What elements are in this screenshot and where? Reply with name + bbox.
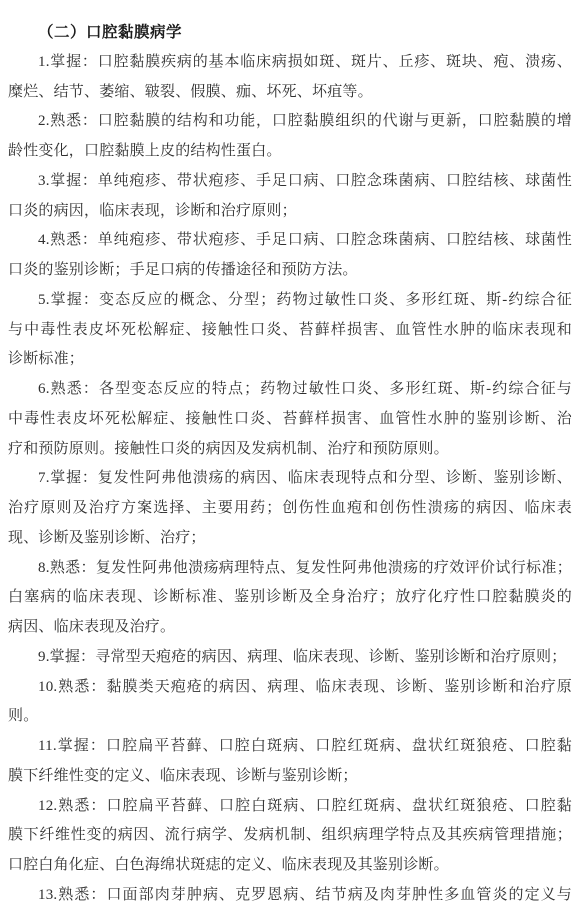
text-line: 口炎的病因，临床表现，诊断和治疗原则； bbox=[8, 197, 572, 227]
text-line: 中毒性表皮坏死松解症、接触性口炎、苔藓样损害、血管性水肿的鉴别诊断、治 bbox=[8, 405, 572, 435]
text-line: 12.熟悉：口腔扁平苔藓、口腔白斑病、口腔红斑病、盘状红斑狼疮、口腔黏 bbox=[8, 792, 572, 822]
text-line: 1.掌握：口腔黏膜疾病的基本临床病损如斑、斑片、丘疹、斑块、疱、溃疡、 bbox=[8, 48, 572, 78]
paragraph-1: 1.掌握：口腔黏膜疾病的基本临床病损如斑、斑片、丘疹、斑块、疱、溃疡、糜烂、结节… bbox=[8, 48, 572, 108]
text-line: 膜下纤维性变的病因、流行病学、发病机制、组织病理学特点及其疾病管理措施； bbox=[8, 821, 572, 851]
paragraph-4: 4.熟悉：单纯疱疹、带状疱疹、手足口病、口腔念珠菌病、口腔结核、球菌性口炎的鉴别… bbox=[8, 226, 572, 286]
paragraph-2: 2.熟悉：口腔黏膜的结构和功能，口腔黏膜组织的代谢与更新，口腔黏膜的增龄性变化，… bbox=[8, 107, 572, 167]
paragraph-3: 3.掌握：单纯疱疹、带状疱疹、手足口病、口腔念珠菌病、口腔结核、球菌性口炎的病因… bbox=[8, 167, 572, 227]
paragraph-11: 11.掌握：口腔扁平苔藓、口腔白斑病、口腔红斑病、盘状红斑狼疮、口腔黏膜下纤维性… bbox=[8, 732, 572, 792]
paragraph-13: 13.熟悉：口面部肉芽肿病、克罗恩病、结节病及肉芽肿性多血管炎的定义与 bbox=[8, 881, 572, 911]
text-line: 治疗原则及治疗方案选择、主要用药；创伤性血疱和创伤性溃疡的病因、临床表 bbox=[8, 494, 572, 524]
text-line: 诊断标准； bbox=[8, 345, 572, 375]
text-line: 与中毒性表皮坏死松解症、接触性口炎、苔藓样损害、血管性水肿的临床表现和 bbox=[8, 316, 572, 346]
text-line: 10.熟悉：黏膜类天疱疮的病因、病理、临床表现、诊断、鉴别诊断和治疗原 bbox=[8, 673, 572, 703]
section-heading: （二）口腔黏膜病学 bbox=[8, 18, 572, 48]
text-line: 11.掌握：口腔扁平苔藓、口腔白斑病、口腔红斑病、盘状红斑狼疮、口腔黏 bbox=[8, 732, 572, 762]
text-line: 9.掌握：寻常型天疱疮的病因、病理、临床表现、诊断、鉴别诊断和治疗原则； bbox=[8, 643, 572, 673]
text-line: 龄性变化，口腔黏膜上皮的结构性蛋白。 bbox=[8, 137, 572, 167]
text-line: 3.掌握：单纯疱疹、带状疱疹、手足口病、口腔念珠菌病、口腔结核、球菌性 bbox=[8, 167, 572, 197]
paragraph-6: 6.熟悉：各型变态反应的特点；药物过敏性口炎、多形红斑、斯-约综合征与中毒性表皮… bbox=[8, 375, 572, 464]
text-line: 膜下纤维性变的定义、临床表现、诊断与鉴别诊断； bbox=[8, 762, 572, 792]
text-line: 现、诊断及鉴别诊断、治疗； bbox=[8, 524, 572, 554]
text-line: 6.熟悉：各型变态反应的特点；药物过敏性口炎、多形红斑、斯-约综合征与 bbox=[8, 375, 572, 405]
text-line: 病因、临床表现及治疗。 bbox=[8, 613, 572, 643]
document-body: 1.掌握：口腔黏膜疾病的基本临床病损如斑、斑片、丘疹、斑块、疱、溃疡、糜烂、结节… bbox=[8, 48, 572, 911]
text-line: 糜烂、结节、萎缩、皲裂、假膜、痂、坏死、坏疽等。 bbox=[8, 78, 572, 108]
paragraph-8: 8.熟悉：复发性阿弗他溃疡病理特点、复发性阿弗他溃疡的疗效评价试行标准；白塞病的… bbox=[8, 554, 572, 643]
text-line: 13.熟悉：口面部肉芽肿病、克罗恩病、结节病及肉芽肿性多血管炎的定义与 bbox=[8, 881, 572, 911]
text-line: 2.熟悉：口腔黏膜的结构和功能，口腔黏膜组织的代谢与更新，口腔黏膜的增 bbox=[8, 107, 572, 137]
text-line: 口腔白角化症、白色海绵状斑痣的定义、临床表现及其鉴别诊断。 bbox=[8, 851, 572, 881]
text-line: 7.掌握：复发性阿弗他溃疡的病因、临床表现特点和分型、诊断、鉴别诊断、 bbox=[8, 464, 572, 494]
paragraph-7: 7.掌握：复发性阿弗他溃疡的病因、临床表现特点和分型、诊断、鉴别诊断、治疗原则及… bbox=[8, 464, 572, 553]
text-line: 疗和预防原则。接触性口炎的病因及发病机制、治疗和预防原则。 bbox=[8, 435, 572, 465]
text-line: 4.熟悉：单纯疱疹、带状疱疹、手足口病、口腔念珠菌病、口腔结核、球菌性 bbox=[8, 226, 572, 256]
text-line: 5.掌握：变态反应的概念、分型；药物过敏性口炎、多形红斑、斯-约综合征 bbox=[8, 286, 572, 316]
paragraph-9: 9.掌握：寻常型天疱疮的病因、病理、临床表现、诊断、鉴别诊断和治疗原则； bbox=[8, 643, 572, 673]
paragraph-10: 10.熟悉：黏膜类天疱疮的病因、病理、临床表现、诊断、鉴别诊断和治疗原则。 bbox=[8, 673, 572, 733]
paragraph-5: 5.掌握：变态反应的概念、分型；药物过敏性口炎、多形红斑、斯-约综合征与中毒性表… bbox=[8, 286, 572, 375]
text-line: 则。 bbox=[8, 702, 572, 732]
text-line: 口炎的鉴别诊断；手足口病的传播途径和预防方法。 bbox=[8, 256, 572, 286]
paragraph-12: 12.熟悉：口腔扁平苔藓、口腔白斑病、口腔红斑病、盘状红斑狼疮、口腔黏膜下纤维性… bbox=[8, 792, 572, 881]
text-line: 白塞病的临床表现、诊断标准、鉴别诊断及全身治疗；放疗化疗性口腔黏膜炎的 bbox=[8, 583, 572, 613]
text-line: 8.熟悉：复发性阿弗他溃疡病理特点、复发性阿弗他溃疡的疗效评价试行标准； bbox=[8, 554, 572, 584]
document-page: （二）口腔黏膜病学 1.掌握：口腔黏膜疾病的基本临床病损如斑、斑片、丘疹、斑块、… bbox=[0, 0, 581, 915]
